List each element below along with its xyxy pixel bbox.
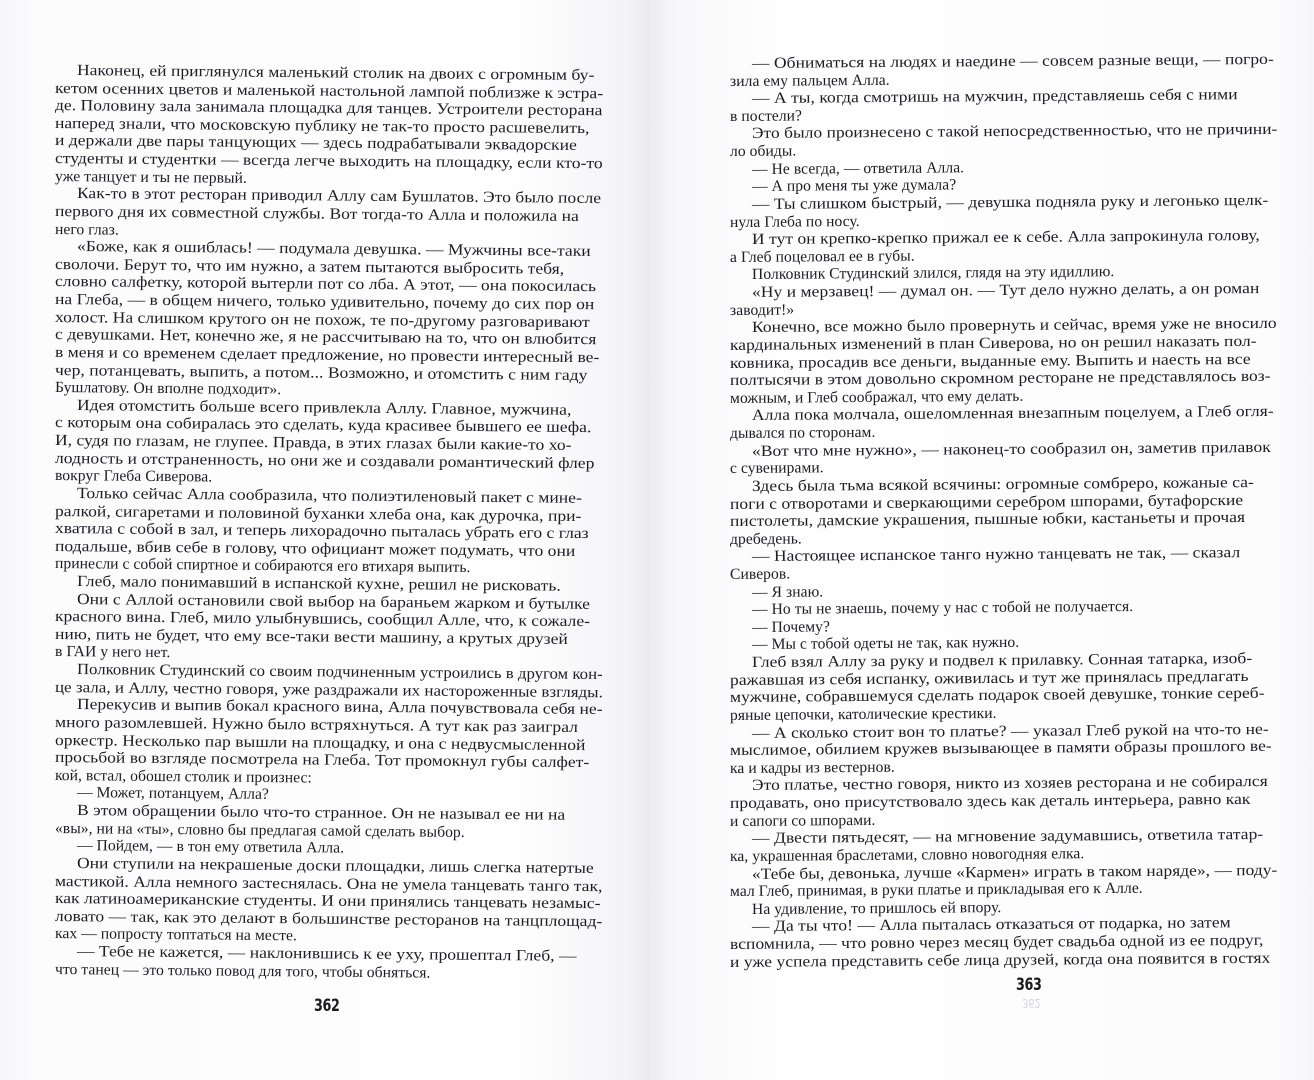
- right-page-number: 363: [1016, 975, 1042, 995]
- book-spread: Наконец, ей приглянулся маленький столик…: [0, 0, 1314, 1080]
- left-page: Наконец, ей приглянулся маленький столик…: [0, 0, 650, 1080]
- left-page-number: 362: [314, 996, 340, 1016]
- bleed-through-page-number: 362: [1022, 996, 1040, 1010]
- right-page: — Обниматься на людях и наедине — совсем…: [650, 0, 1314, 1080]
